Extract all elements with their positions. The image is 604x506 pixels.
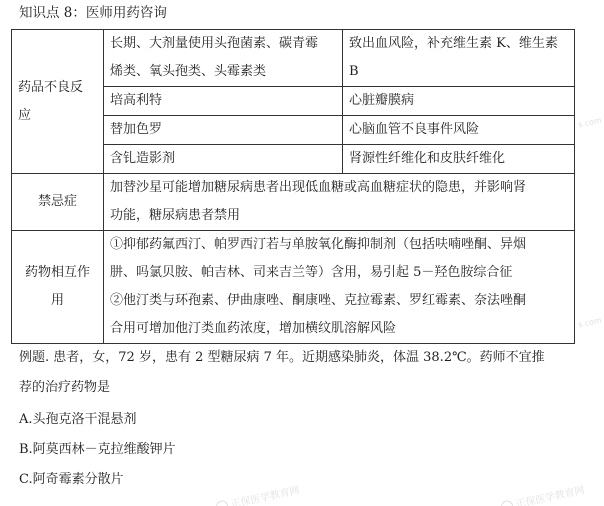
table-row-contraindication: 禁忌症 加替沙星可能增加糖尿病患者出现低血糖或高血糖症状的隐患，并影响肾 功能，… bbox=[12, 174, 575, 231]
category-line: 应 bbox=[18, 102, 99, 130]
effect-line: B bbox=[349, 58, 574, 86]
category-line: 药物相互作 bbox=[16, 259, 99, 287]
option-b[interactable]: B.阿莫西林－克拉维酸钾片 bbox=[19, 435, 176, 465]
knowledge-table: 药品不良反 应 长期、大剂量使用头孢菌素、碳青霉 烯类、氧头孢类、头霉素类 致出… bbox=[11, 29, 575, 344]
drug-line: 培高利特 bbox=[110, 87, 342, 115]
drug-cell: 培高利特 bbox=[104, 87, 343, 116]
watermark: 正保医学教育网 bbox=[499, 481, 585, 506]
category-line: 药品不良反 bbox=[18, 74, 99, 102]
watermark-text: 正保医学教育网 bbox=[230, 485, 301, 506]
watermark-text: 正保医学教育网 bbox=[515, 485, 586, 506]
watermark-fragment: s.com bbox=[577, 316, 602, 330]
watermark: 正保医学教育网 bbox=[214, 481, 300, 506]
category-line: 用 bbox=[16, 287, 99, 315]
content-line: ①抑郁药氟西汀、帕罗西汀若与单胺氧化酶抑制剂（包括呋喃唑酮、异烟 bbox=[110, 231, 574, 259]
option-c[interactable]: C.阿奇霉素分散片 bbox=[19, 465, 176, 495]
option-a[interactable]: A.头孢克洛干混悬剂 bbox=[19, 405, 176, 435]
effect-line: 心脑血管不良事件风险 bbox=[349, 116, 574, 144]
drug-line: 烯类、氧头孢类、头霉素类 bbox=[110, 58, 342, 86]
watermark-text: s.com bbox=[577, 116, 602, 130]
table-row-adverse-1: 药品不良反 应 长期、大剂量使用头孢菌素、碳青霉 烯类、氧头孢类、头霉素类 致出… bbox=[12, 30, 575, 87]
effect-line: 心脏瓣膜病 bbox=[349, 87, 574, 115]
example-question: 例题. 患者，女，72 岁，患有 2 型糖尿病 7 年。近期感染肺炎，体温 38… bbox=[19, 343, 589, 403]
drug-cell: 替加色罗 bbox=[104, 116, 343, 145]
drug-cell: 含钆造影剂 bbox=[104, 145, 343, 174]
category-line: 禁忌症 bbox=[16, 188, 99, 216]
content-line: 功能，糖尿病患者禁用 bbox=[110, 202, 574, 230]
content-line: 加替沙星可能增加糖尿病患者出现低血糖或高血糖症状的隐患，并影响肾 bbox=[110, 174, 574, 202]
effect-cell: 致出血风险，补充维生素 K、维生素 B bbox=[343, 30, 575, 87]
answer-options: A.头孢克洛干混悬剂 B.阿莫西林－克拉维酸钾片 C.阿奇霉素分散片 bbox=[19, 405, 176, 495]
watermark-fragment: s.com bbox=[577, 116, 602, 130]
effect-line: 肾源性纤维化和皮肤纤维化 bbox=[349, 145, 574, 173]
category-drug-interaction: 药物相互作 用 bbox=[12, 231, 104, 344]
watermark-logo-icon bbox=[500, 499, 514, 506]
category-adverse-reaction: 药品不良反 应 bbox=[12, 30, 104, 174]
drug-line: 长期、大剂量使用头孢菌素、碳青霉 bbox=[110, 30, 342, 58]
category-contraindication: 禁忌症 bbox=[12, 174, 104, 231]
question-line: 例题. 患者，女，72 岁，患有 2 型糖尿病 7 年。近期感染肺炎，体温 38… bbox=[19, 343, 589, 373]
table-row-interaction: 药物相互作 用 ①抑郁药氟西汀、帕罗西汀若与单胺氧化酶抑制剂（包括呋喃唑酮、异烟… bbox=[12, 231, 575, 344]
watermark-logo-icon bbox=[215, 499, 229, 506]
interaction-content: ①抑郁药氟西汀、帕罗西汀若与单胺氧化酶抑制剂（包括呋喃唑酮、异烟 肼、吗氯贝胺、… bbox=[104, 231, 575, 344]
contraindication-content: 加替沙星可能增加糖尿病患者出现低血糖或高血糖症状的隐患，并影响肾 功能，糖尿病患… bbox=[104, 174, 575, 231]
content-line: 肼、吗氯贝胺、帕吉林、司来吉兰等）含用，易引起 5－羟色胺综合征 bbox=[110, 259, 574, 287]
effect-cell: 肾源性纤维化和皮肤纤维化 bbox=[343, 145, 575, 174]
content-line: ②他汀类与环孢素、伊曲康唑、酮康唑、克拉霉素、罗红霉素、奈法唑酮 bbox=[110, 287, 574, 315]
effect-cell: 心脏瓣膜病 bbox=[343, 87, 575, 116]
drug-line: 含钆造影剂 bbox=[110, 145, 342, 173]
drug-line: 替加色罗 bbox=[110, 116, 342, 144]
drug-cell: 长期、大剂量使用头孢菌素、碳青霉 烯类、氧头孢类、头霉素类 bbox=[104, 30, 343, 87]
effect-cell: 心脑血管不良事件风险 bbox=[343, 116, 575, 145]
effect-line: 致出血风险，补充维生素 K、维生素 bbox=[349, 30, 574, 58]
section-heading: 知识点 8：医师用药咨询 bbox=[19, 4, 167, 22]
content-line: 合用可增加他汀类血药浓度，增加横纹肌溶解风险 bbox=[110, 315, 574, 343]
watermark-text: s.com bbox=[577, 316, 602, 330]
question-line: 荐的治疗药物是 bbox=[19, 373, 589, 403]
